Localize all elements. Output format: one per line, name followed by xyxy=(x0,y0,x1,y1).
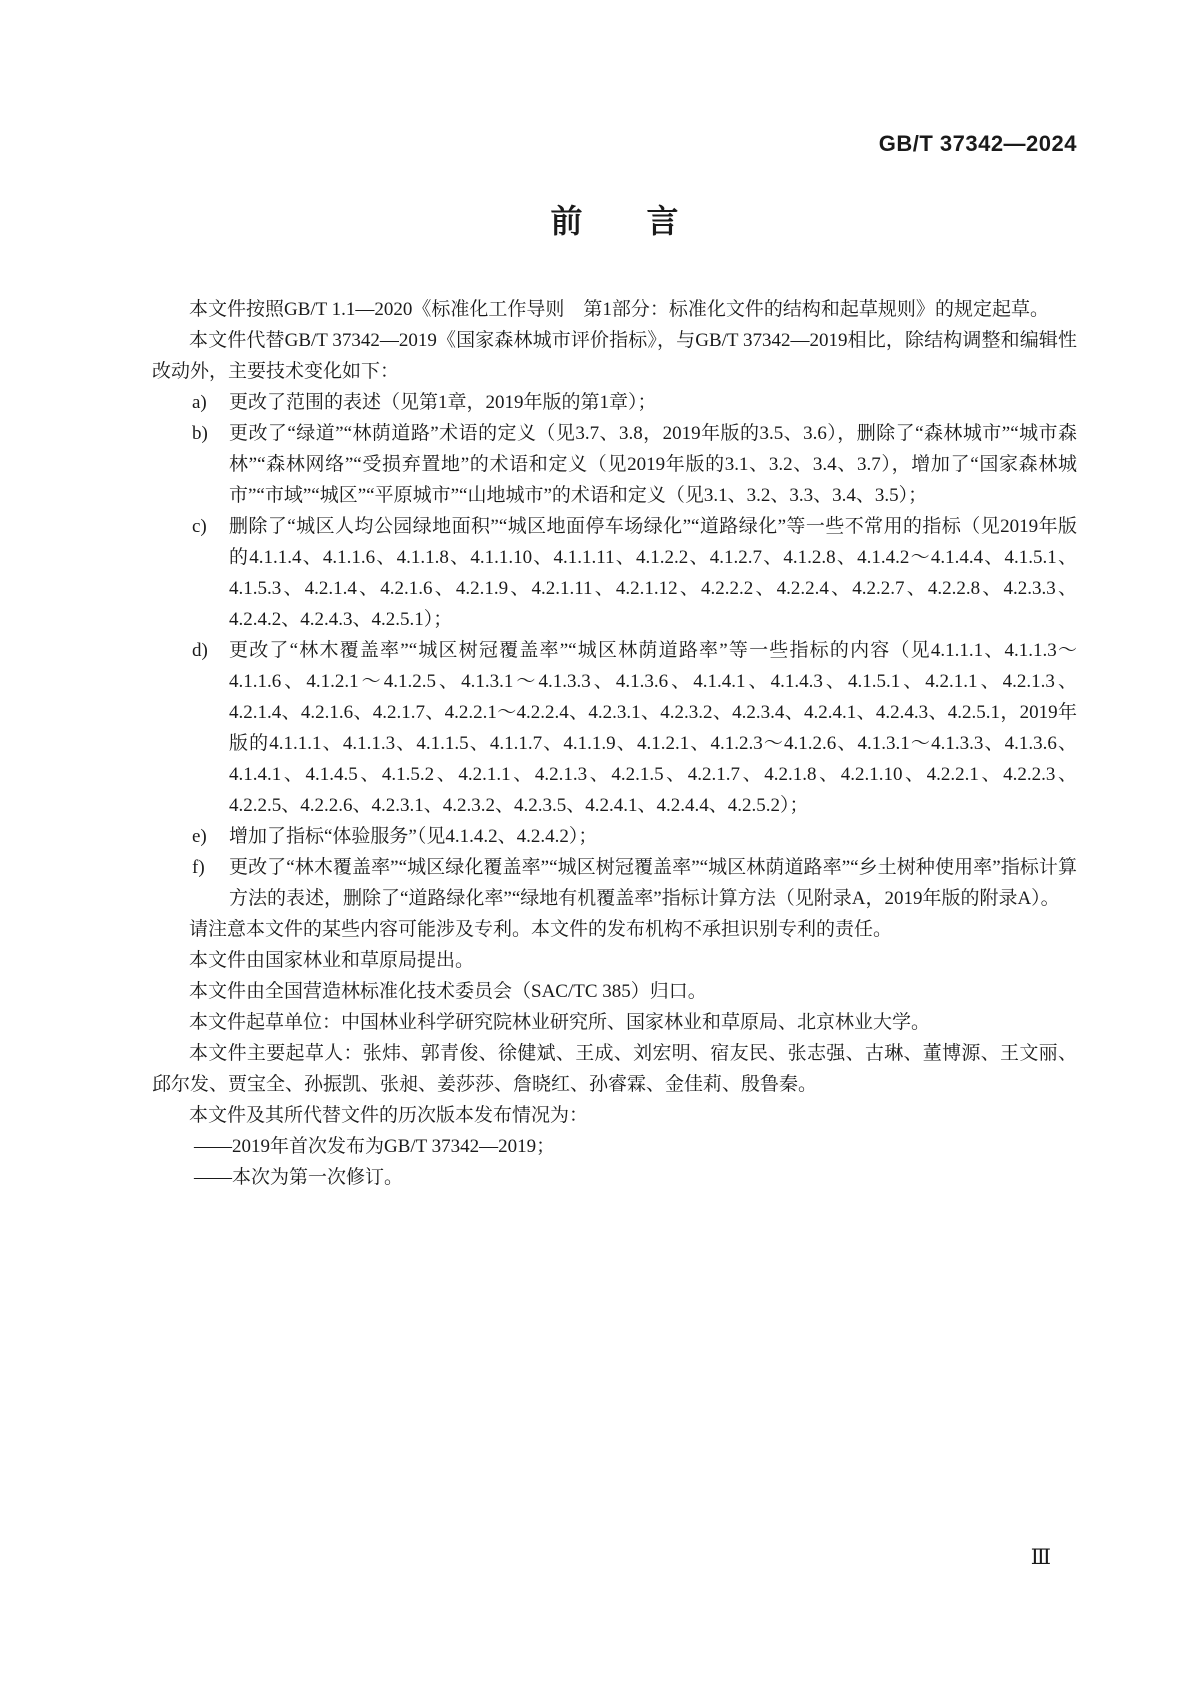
item-marker: b) xyxy=(192,418,229,511)
item-marker: d) xyxy=(192,635,229,821)
item-marker: c) xyxy=(192,511,229,635)
page-title: 前 言 xyxy=(152,201,1077,241)
foreword-body: 本文件按照GB/T 1.1—2020《标准化工作导则 第1部分：标准化文件的结构… xyxy=(152,294,1077,1193)
item-text: 更改了“林木覆盖率”“城区绿化覆盖率”“城区树冠覆盖率”“城区林荫道路率”“乡土… xyxy=(229,852,1077,914)
item-marker: e) xyxy=(192,821,229,852)
paragraph-drafting-basis: 本文件按照GB/T 1.1—2020《标准化工作导则 第1部分：标准化文件的结构… xyxy=(152,294,1077,325)
change-item-f: f) 更改了“林木覆盖率”“城区绿化覆盖率”“城区树冠覆盖率”“城区林荫道路率”… xyxy=(192,852,1077,914)
item-text: 更改了“林木覆盖率”“城区树冠覆盖率”“城区林荫道路率”等一些指标的内容（见4.… xyxy=(229,635,1077,821)
item-text: 增加了指标“体验服务”（见4.1.4.2、4.2.4.2）； xyxy=(229,821,1077,852)
standard-number: GB/T 37342—2024 xyxy=(152,131,1077,157)
changes-list: a) 更改了范围的表述（见第1章，2019年版的第1章）； b) 更改了“绿道”… xyxy=(192,387,1077,914)
change-item-e: e) 增加了指标“体验服务”（见4.1.4.2、4.2.4.2）； xyxy=(192,821,1077,852)
paragraph-drafting-organizations: 本文件起草单位：中国林业科学研究院林业研究所、国家林业和草原局、北京林业大学。 xyxy=(152,1007,1077,1038)
item-text: 删除了“城区人均公园绿地面积”“城区地面停车场绿化”“道路绿化”等一些不常用的指… xyxy=(229,511,1077,635)
change-item-c: c) 删除了“城区人均公园绿地面积”“城区地面停车场绿化”“道路绿化”等一些不常… xyxy=(192,511,1077,635)
item-text: 更改了范围的表述（见第1章，2019年版的第1章）； xyxy=(229,387,1077,418)
paragraph-replacement-intro: 本文件代替GB/T 37342—2019《国家森林城市评价指标》，与GB/T 3… xyxy=(152,325,1077,387)
item-text: 更改了“绿道”“林荫道路”术语的定义（见3.7、3.8，2019年版的3.5、3… xyxy=(229,418,1077,511)
paragraph-version-history-intro: 本文件及其所代替文件的历次版本发布情况为： xyxy=(152,1100,1077,1131)
page-number: Ⅲ xyxy=(152,1544,1051,1570)
change-item-b: b) 更改了“绿道”“林荫道路”术语的定义（见3.7、3.8，2019年版的3.… xyxy=(192,418,1077,511)
history-line-first-revision: ——本次为第一次修订。 xyxy=(194,1162,1077,1193)
item-marker: a) xyxy=(192,387,229,418)
paragraph-patent-notice: 请注意本文件的某些内容可能涉及专利。本文件的发布机构不承担识别专利的责任。 xyxy=(152,914,1077,945)
paragraph-proposed-by: 本文件由国家林业和草原局提出。 xyxy=(152,945,1077,976)
change-item-a: a) 更改了范围的表述（见第1章，2019年版的第1章）； xyxy=(192,387,1077,418)
history-line-first-issue: ——2019年首次发布为GB/T 37342—2019； xyxy=(194,1131,1077,1162)
paragraph-main-drafters: 本文件主要起草人：张炜、郭青俊、徐健斌、王成、刘宏明、宿友民、张志强、古琳、董博… xyxy=(152,1038,1077,1100)
change-item-d: d) 更改了“林木覆盖率”“城区树冠覆盖率”“城区林荫道路率”等一些指标的内容（… xyxy=(192,635,1077,821)
document-page: GB/T 37342—2024 前 言 本文件按照GB/T 1.1—2020《标… xyxy=(0,0,1191,1684)
paragraph-centralized-by: 本文件由全国营造林标准化技术委员会（SAC/TC 385）归口。 xyxy=(152,976,1077,1007)
item-marker: f) xyxy=(192,852,229,914)
